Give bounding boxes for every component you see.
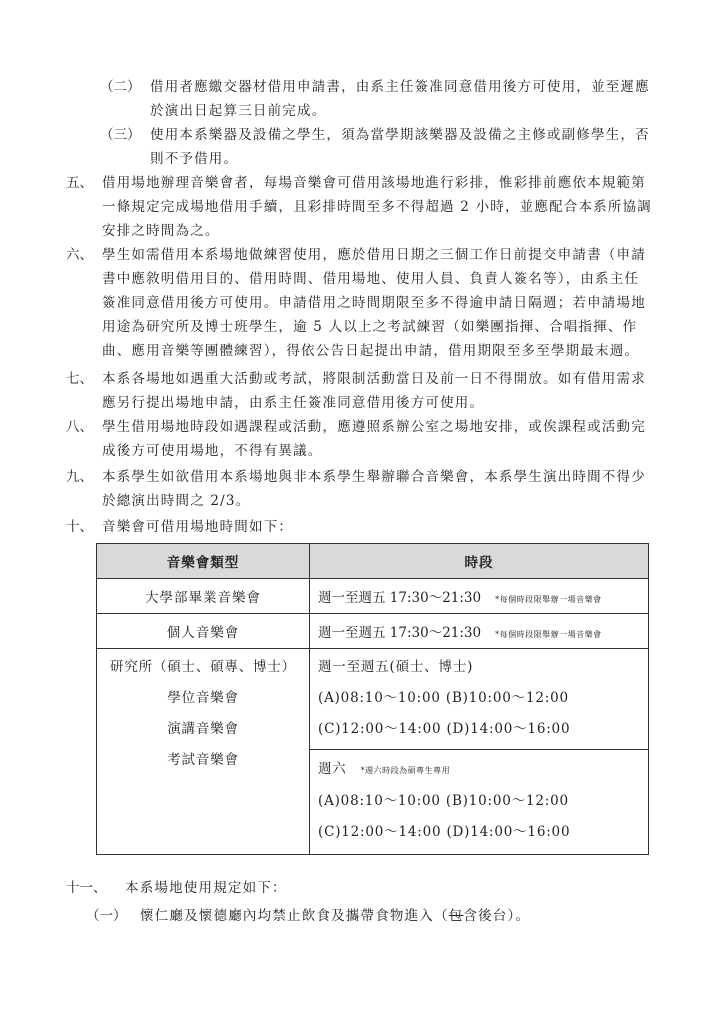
item-marker: 十、 bbox=[66, 517, 93, 537]
text-segment: 含後台）。 bbox=[463, 908, 530, 924]
text-segment: 懷仁廳及懷德廳內均禁止飲食及攜帶食物進入（ bbox=[140, 908, 449, 924]
concert-schedule-table: 音樂會類型 時段 大學部畢業音樂會 週一至週五 17:30～21:30*每個時段… bbox=[96, 543, 649, 855]
item-marker: 五、 bbox=[66, 173, 93, 193]
text-line: 借用者應繳交器材借用申請書，由系主任簽准同意借用後方可使用，並至遲應 bbox=[150, 77, 650, 97]
text-line: 曲、應用音樂等團體練習），得依公告日起提出申請，借用期限至多至學期最末週。 bbox=[102, 341, 639, 361]
text-line: 則不予借用。 bbox=[150, 149, 238, 169]
text-line: 學生如需借用本系場地做練習使用，應於借用日期之三個工作日前提交申請書（申請 bbox=[102, 245, 646, 265]
saturday-note: *週六時段為碩專生專用 bbox=[361, 766, 451, 775]
table-row: 研究所（碩士、碩專、博士） 學位音樂會 演講音樂會 考試音樂會 週一至週五(碩士… bbox=[97, 649, 649, 750]
time-note: *每個時段限舉辦一場音樂會 bbox=[495, 630, 602, 639]
text-line: 安排之時間為之。 bbox=[102, 221, 220, 241]
saturday-label-row: 週六*週六時段為碩專生專用 bbox=[318, 754, 648, 786]
text-line: 於演出日起算三日前完成。 bbox=[150, 101, 326, 121]
text-line: 應另行提出場地申請，由系主任簽准同意借用後方可使用。 bbox=[102, 393, 484, 413]
cell-type: 大學部畢業音樂會 bbox=[97, 579, 310, 614]
time-slot: (A)08:10～10:00 (B)10:00～12:00 bbox=[318, 786, 648, 817]
text-line: 於總演出時間之 2/3。 bbox=[102, 491, 250, 511]
weekday-label: 週一至週五(碩士、博士) bbox=[318, 652, 648, 683]
text-line: 用途為研究所及博士班學生，逾 5 人以上之考試練習（如樂團指揮、合唱指揮、作 bbox=[102, 317, 637, 337]
header-time: 時段 bbox=[310, 544, 649, 579]
saturday-label: 週六 bbox=[318, 761, 347, 777]
item-marker: （二） bbox=[100, 77, 141, 97]
text-line: 成後方可使用場地，不得有異議。 bbox=[102, 441, 323, 461]
text-line: 本系學生如欲借用本系場地與非本系學生舉辦聯合音樂會，本系學生演出時間不得少 bbox=[102, 467, 646, 487]
text-line: 懷仁廳及懷德廳內均禁止飲食及攜帶食物進入（包含後台）。 bbox=[140, 906, 530, 926]
time-range: 週一至週五 17:30～21:30 bbox=[318, 625, 481, 641]
item-marker: （三） bbox=[100, 125, 141, 145]
time-slot: (C)12:00～14:00 (D)14:00～16:00 bbox=[318, 817, 648, 848]
time-range: 週一至週五 17:30～21:30 bbox=[318, 590, 481, 606]
cell-type: 個人音樂會 bbox=[97, 614, 310, 649]
time-slot: (A)08:10～10:00 (B)10:00～12:00 bbox=[318, 683, 648, 714]
grad-type-label: 學位音樂會 bbox=[97, 683, 309, 714]
text-line: 使用本系樂器及設備之學生，須為當學期該樂器及設備之主修或副修學生，否 bbox=[150, 125, 650, 145]
table-row: 大學部畢業音樂會 週一至週五 17:30～21:30*每個時段限舉辦一場音樂會 bbox=[97, 579, 649, 614]
text-line: 書中應敘明借用目的、借用時間、借用場地、使用人員、負責人簽名等），由系主任 bbox=[102, 269, 639, 289]
item-marker: 十一、 bbox=[66, 878, 107, 898]
text-line: 音樂會可借用場地時間如下： bbox=[102, 517, 293, 537]
header-type: 音樂會類型 bbox=[97, 544, 310, 579]
cell-time: 週一至週五 17:30～21:30*每個時段限舉辦一場音樂會 bbox=[310, 614, 649, 649]
grad-type-label: 演講音樂會 bbox=[97, 714, 309, 745]
cell-time: 週一至週五 17:30～21:30*每個時段限舉辦一場音樂會 bbox=[310, 579, 649, 614]
text-line: 借用場地辦理音樂會者，每場音樂會可借用該場地進行彩排，惟彩排前應依本規範第 bbox=[102, 173, 646, 193]
time-note: *每個時段限舉辦一場音樂會 bbox=[495, 595, 602, 604]
grad-type-label: 考試音樂會 bbox=[97, 745, 309, 776]
cell-weekday-slots: 週一至週五(碩士、博士) (A)08:10～10:00 (B)10:00～12:… bbox=[310, 649, 649, 750]
cell-grad-types: 研究所（碩士、碩專、博士） 學位音樂會 演講音樂會 考試音樂會 bbox=[97, 649, 310, 855]
text-line: 一條規定完成場地借用手續，且彩排時間至多不得超過 2 小時，並應配合本系所協調 bbox=[102, 197, 652, 217]
item-marker: 八、 bbox=[66, 417, 93, 437]
item-marker: （一） bbox=[86, 906, 127, 926]
cell-saturday-slots: 週六*週六時段為碩專生專用 (A)08:10～10:00 (B)10:00～12… bbox=[310, 750, 649, 855]
grad-type-label: 研究所（碩士、碩專、博士） bbox=[97, 652, 309, 683]
struck-text: 包 bbox=[449, 908, 464, 924]
text-line: 本系場地使用規定如下： bbox=[125, 878, 287, 898]
text-line: 簽准同意借用後方可使用。申請借用之時間期限至多不得逾申請日隔週；若申請場地 bbox=[102, 293, 646, 313]
item-marker: 七、 bbox=[66, 369, 93, 389]
item-marker: 六、 bbox=[66, 245, 93, 265]
item-marker: 九、 bbox=[66, 467, 93, 487]
table-row: 個人音樂會 週一至週五 17:30～21:30*每個時段限舉辦一場音樂會 bbox=[97, 614, 649, 649]
text-line: 學生借用場地時段如遇課程或活動，應遵照系辦公室之場地安排，或俟課程或活動完 bbox=[102, 417, 646, 437]
time-slot: (C)12:00～14:00 (D)14:00～16:00 bbox=[318, 714, 648, 745]
text-line: 本系各場地如遇重大活動或考試，將限制活動當日及前一日不得開放。如有借用需求 bbox=[102, 369, 646, 389]
